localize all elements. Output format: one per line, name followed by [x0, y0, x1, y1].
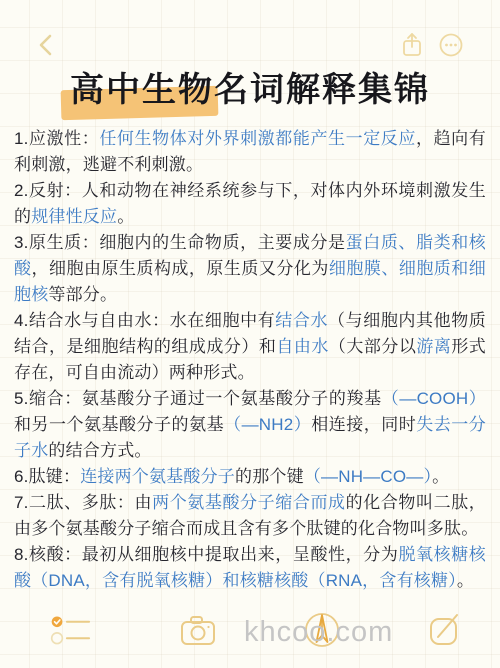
term-text: 的那个键 — [235, 467, 304, 486]
term-emphasis-text: 规律性反应 — [31, 207, 117, 226]
term-text: 6.肽键： — [14, 467, 80, 486]
ellipsis-icon — [438, 32, 464, 58]
term-item: 3.原生质：细胞内的生命物质，主要成分是蛋白质、脂类和核酸，细胞由原生质构成，原… — [14, 230, 486, 308]
title-highlighted-part: 高中生物 — [70, 68, 214, 112]
back-button[interactable] — [34, 32, 58, 58]
term-text: 1.应激性： — [14, 129, 99, 148]
term-item: 5.缩合：氨基酸分子通过一个氨基酸分子的羧基（—COOH）和另一个氨基酸分子的氨… — [14, 386, 486, 464]
term-item: 2.反射：人和动物在神经系统参与下，对体内外环境刺激发生的规律性反应。 — [14, 178, 486, 230]
term-emphasis-text: 自由水 — [276, 337, 328, 356]
term-text: ，细胞由原生质构成，原生质又分化为 — [32, 259, 329, 278]
term-emphasis-text: （—NH—CO—） — [304, 467, 432, 486]
term-item: 4.结合水与自由水：水在细胞中有结合水（与细胞内其他物质结合，是细胞结构的组成成… — [14, 308, 486, 386]
term-item: 8.核酸：最初从细胞核中提取出来，呈酸性，分为脱氧核糖核酸（DNA，含有脱氧核糖… — [14, 542, 486, 594]
term-text: （大部分以 — [329, 337, 416, 356]
compose-icon — [426, 611, 464, 649]
term-text: 的结合方式。 — [48, 441, 151, 460]
term-item: 1.应激性：任何生物体对外界刺激都能产生一定反应，趋向有利刺激，逃避不利刺激。 — [14, 126, 486, 178]
term-text: 。 — [457, 571, 474, 590]
term-text: 5.缩合：氨基酸分子通过一个氨基酸分子的羧基 — [14, 389, 382, 408]
camera-button[interactable] — [178, 611, 218, 649]
checklist-button[interactable] — [48, 611, 94, 649]
page: 高中生物名词解释集锦 1.应激性：任何生物体对外界刺激都能产生一定反应，趋向有利… — [0, 0, 500, 594]
term-text: 7.二肽、多肽：由 — [14, 493, 152, 512]
term-text: 等部分。 — [48, 285, 117, 304]
share-button[interactable] — [399, 31, 425, 59]
term-emphasis-text: 游离 — [416, 337, 451, 356]
title-rest-part: 名词解释集锦 — [214, 71, 430, 109]
term-emphasis-text: 两个氨基酸分子缩合而成 — [152, 493, 346, 512]
chevron-left-icon — [34, 32, 58, 58]
term-emphasis-text: （—NH2） — [224, 415, 311, 434]
camera-icon — [178, 611, 218, 649]
term-emphasis-text: （—COOH） — [382, 389, 486, 408]
header-actions — [399, 31, 464, 59]
term-text: 。 — [117, 207, 134, 226]
term-item: 6.肽键：连接两个氨基酸分子的那个键（—NH—CO—）。 — [14, 464, 486, 490]
term-item: 7.二肽、多肽：由两个氨基酸分子缩合而成的化合物叫二肽，由多个氨基酸分子缩合而成… — [14, 490, 486, 542]
term-text: 8.核酸：最初从细胞核中提取出来，呈酸性，分为 — [14, 545, 398, 564]
watermark: khcoo.com — [244, 616, 393, 649]
term-emphasis-text: 连接两个氨基酸分子 — [80, 467, 235, 486]
term-text: 和另一个氨基酸分子的氨基 — [14, 415, 224, 434]
compose-button[interactable] — [426, 611, 464, 649]
term-text: 。 — [432, 467, 449, 486]
term-text: 4.结合水与自由水：水在细胞中有 — [14, 311, 275, 330]
term-emphasis-text: 任何生物体对外界刺激都能产生一定反应 — [99, 129, 416, 148]
checklist-icon — [48, 611, 94, 649]
term-text: 3.原生质：细胞内的生命物质，主要成分是 — [14, 233, 346, 252]
page-title: 高中生物名词解释集锦 — [0, 68, 500, 112]
term-emphasis-text: 结合水 — [275, 311, 328, 330]
more-options-button[interactable] — [438, 32, 464, 58]
term-text: 相连接，同时 — [311, 415, 416, 434]
terms-list: 1.应激性：任何生物体对外界刺激都能产生一定反应，趋向有利刺激，逃避不利刺激。2… — [14, 126, 486, 594]
header — [0, 0, 500, 60]
share-icon — [399, 31, 425, 59]
